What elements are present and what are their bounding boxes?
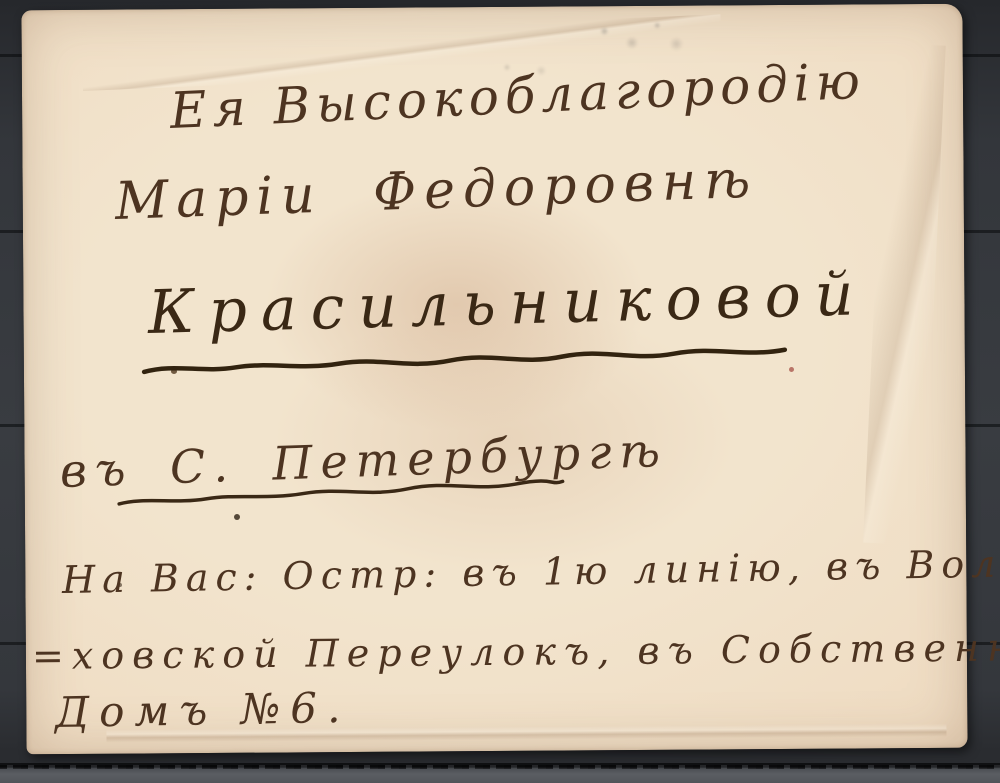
- photo-stage: Ея Высокоблагородію Маріи Федоровнѣ Крас…: [0, 0, 1000, 783]
- postmark-smudge: [578, 8, 698, 66]
- ink-speckle: [789, 367, 794, 372]
- paper-crease: [863, 43, 946, 545]
- ink-speckle: [234, 514, 240, 520]
- table-edge-strip: [0, 763, 1000, 783]
- address-line-house: Домъ №6.: [55, 683, 351, 737]
- address-line-street-2: =ховской Переулокъ, въ Собственный: [32, 625, 1000, 678]
- table-edge-speckle: [0, 765, 1000, 769]
